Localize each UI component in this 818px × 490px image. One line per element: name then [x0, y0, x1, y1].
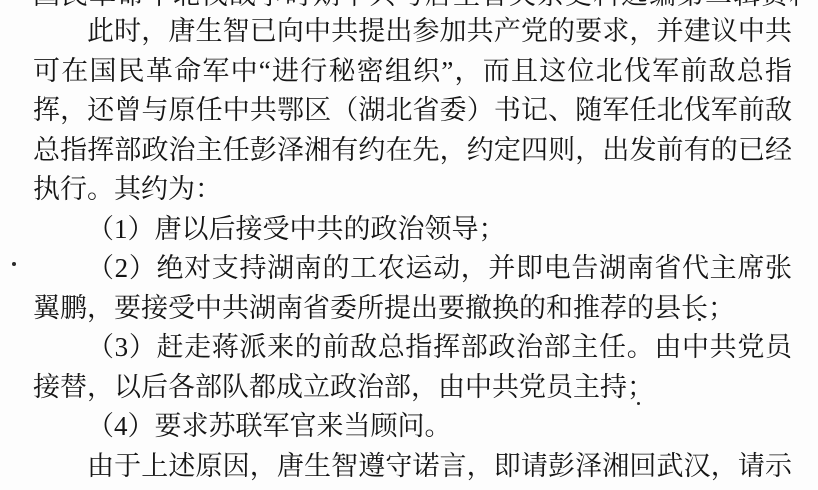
text-line: 翼鹏，要接受中共湖南省委所提出要撤换的和推荐的县长；: [33, 289, 792, 329]
scan-speck: [637, 402, 640, 405]
text-line: 总指挥部政治主任彭泽湘有约在先，约定四则，出发前有的已经: [33, 131, 792, 171]
text-line: 挥，还曾与原任中共鄂区（湖北省委）书记、随军任北伐军前敌: [33, 91, 792, 131]
body-text: 此时，唐生智已向中共提出参加共产党的要求，并建议中共 可在国民革命军中“进行秘密…: [33, 12, 792, 486]
list-item-1: （1）唐以后接受中共的政治领导；: [33, 210, 792, 250]
list-item-4: （4）要求苏联军官来当顾问。: [33, 407, 792, 447]
text-line: 由于上述原因，唐生智遵守诺言，即请彭泽湘回武汉，请示: [33, 447, 792, 487]
text-line: 执行。其约为：: [33, 170, 792, 210]
text-line: 可在国民革命军中“进行秘密组织”，而且这位北伐军前敌总指: [33, 52, 792, 92]
list-item-2: （2）绝对支持湖南的工农运动，并即电告湖南省代主席张: [33, 249, 792, 289]
list-item-3: （3）赶走蒋派来的前敌总指挥部政治部主任。由中共党员: [33, 328, 792, 368]
scan-speck: [698, 318, 701, 321]
scanned-book-page: 国民革命军北伐战争时期中共与唐生智关系史料选编第二辑资料 此时，唐生智已向中共提…: [0, 0, 818, 490]
text-line: 此时，唐生智已向中共提出参加共产党的要求，并建议中共: [33, 12, 792, 52]
scan-speck: [12, 262, 16, 266]
text-line: 接替，以后各部队都成立政治部，由中共党员主持；: [33, 368, 792, 408]
